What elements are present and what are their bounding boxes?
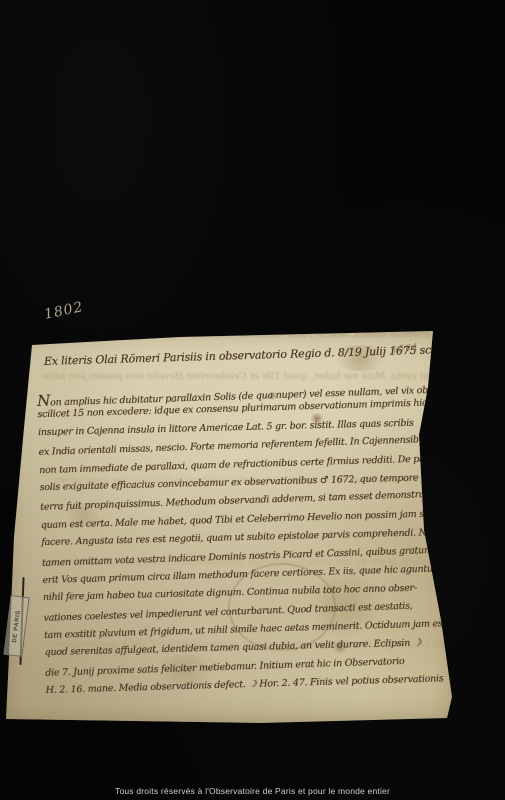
manuscript-page: ex India orientali missas, nescio. Forte… (0, 325, 460, 725)
letter-body: Non amplius hic dubitatur parallaxin Sol… (37, 378, 498, 704)
observatory-stamp-text: DE PARIS (12, 609, 22, 642)
letter-text-block: Ex literis Olai Römeri Parisiis in obser… (0, 313, 470, 726)
archive-number-mat: 1802 (43, 299, 85, 323)
copyright-caption: Tous droits réservés à l'Observatoire de… (0, 786, 505, 796)
scan-viewport: ex India orientali missas, nescio. Forte… (0, 0, 505, 800)
